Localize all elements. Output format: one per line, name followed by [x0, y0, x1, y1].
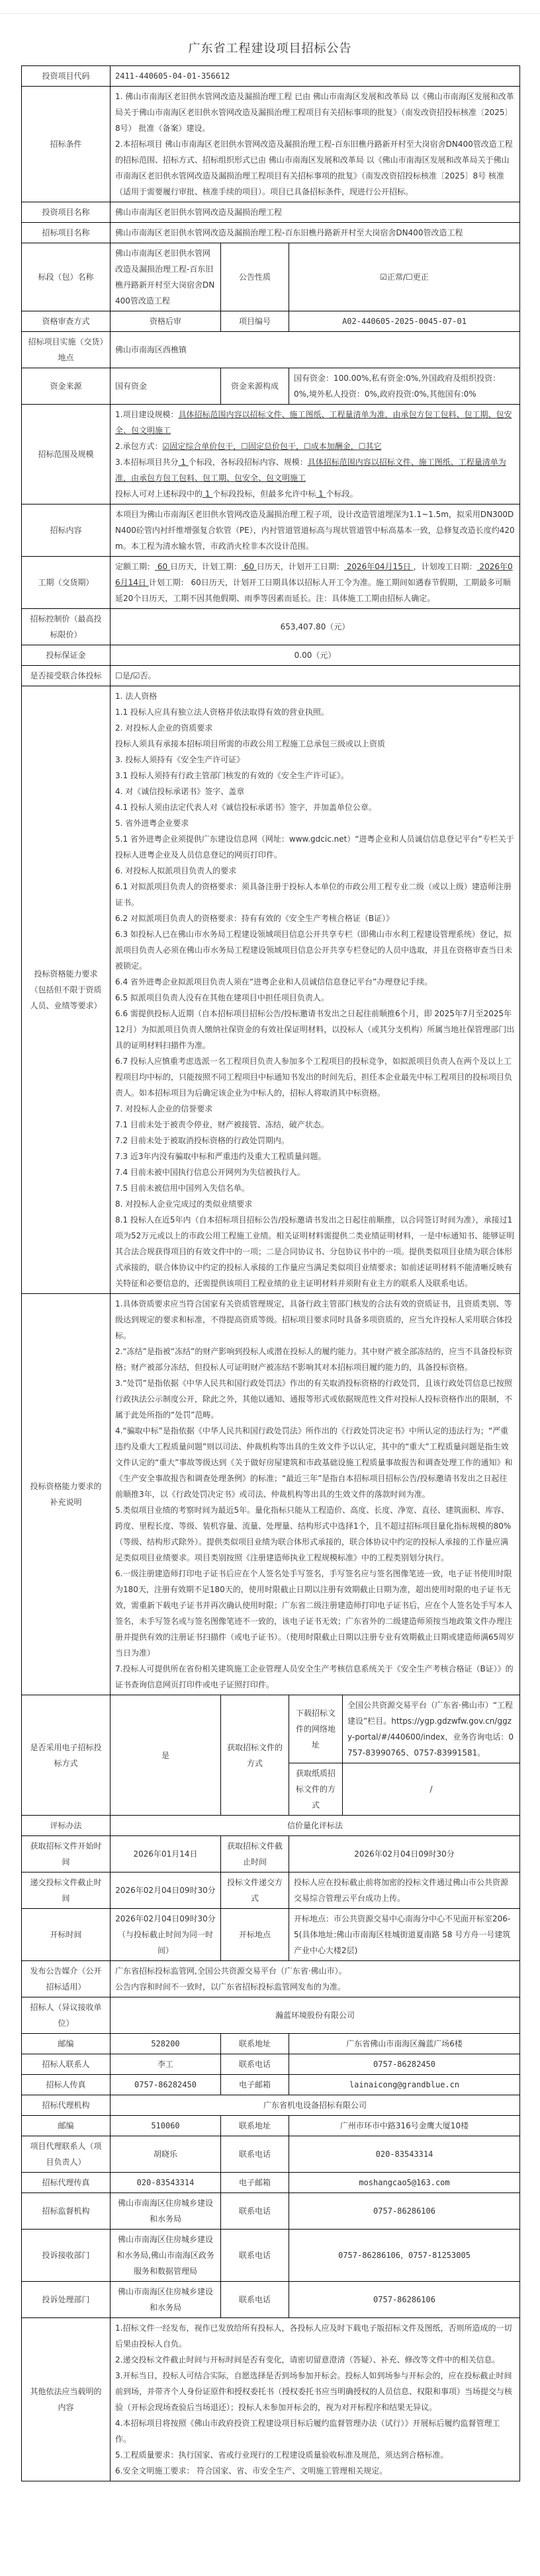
label-consortium: 是否接受联合体投标	[22, 666, 111, 686]
supp-line: 7.投标人可提供所在省份相关建筑施工企业管理人员安全生产考核信息系统关于《安全生…	[115, 1661, 515, 1693]
label-complaint-handle: 投诉处理部门	[22, 2282, 111, 2318]
row-scope: 招标范围及规模 1.项目建设规模：具体招标范围内容以招标文件、施工图纸、工程量清…	[22, 405, 520, 504]
row-location: 招标项目实施（交货）地点 佛山市南海区西樵镇	[22, 332, 520, 368]
label-agency-address: 联系地址	[221, 2116, 289, 2136]
req-line: 7.4 目前未被中国执行信息公开网列为失信被执行人。	[115, 1164, 515, 1180]
row-tenderer-person: 招标人联系人 李工 联系电话 0757-86282450	[22, 2054, 520, 2075]
row-complaint-handle: 投诉处理部门 佛山市南海区住房城乡建设和水务局 联系电话 0757-862861…	[22, 2282, 520, 2318]
value-electronic: 是	[111, 1695, 221, 1816]
label-supervision: 招标监督机构	[22, 2193, 111, 2230]
label-supervision-phone: 联系电话	[221, 2193, 289, 2230]
supp-line: 4.“骗取中标”是指依据《中华人民共和国行政处罚法》所作出的《行政处罚决定书》中…	[115, 1423, 515, 1502]
conditions-p1: 1. 佛山市南海区老旧供水管网改造及漏损治理工程 已由 佛山市南海区发展和改革局…	[115, 89, 515, 136]
label-submit-method: 投标文件递交方式	[221, 1872, 289, 1909]
page-title: 广东省工程建设项目招标公告	[0, 39, 540, 59]
row-invest-name: 投资项目名称 佛山市南海区老旧供水管网改造及漏损治理工程	[22, 202, 520, 223]
supp-line: 3.“处罚”是指依据《中华人民共和国行政处罚法》作出的有关取消投标资格的行政处罚…	[115, 1375, 515, 1423]
row-other: 其他依法应当载明的内容 1.招标文件一经发布，视作已发放给所有投标人，各投标人应…	[22, 2318, 520, 2481]
label-tenderer-phone: 联系电话	[221, 2054, 289, 2075]
value-funds-composition: 国有资金：100.00%,私有资金:0%,外国政府及组织投资：0%,境外私人投资…	[289, 368, 520, 405]
value-supervision: 佛山市南海区住房城乡建设和水务局	[111, 2193, 221, 2230]
label-supplement: 投标资格能力要求的补充说明	[22, 1294, 111, 1695]
req-line: 6.5 拟派项目负责人没有在其他在建项目中担任项目负责人。	[115, 990, 515, 1006]
other-line: 5.工程质量要求：执行国家、省或行业现行的工程建设质量验收标准及规范，须达到合格…	[115, 2447, 515, 2463]
value-opening-time: 2026年02月04日09时30分（与投标截止时间为同一时间）	[111, 1909, 221, 1961]
label-tenderer: 招标人（异议接收单位）	[22, 1997, 111, 2034]
req-line: 6.7 投标人应慎重考虑选派一名工程项目负责人参加多个工程项目的投标竞争，如拟派…	[115, 1053, 515, 1101]
row-tender-name: 招标项目名称 佛山市南海区老旧供水管网改造及漏损治理工程-百东旧樵丹路新开村至大…	[22, 223, 520, 243]
label-media: 发布公告媒介（公开招标适用）	[22, 1961, 111, 1997]
label-control-price: 招标控制价（最高投标限价）	[22, 609, 111, 645]
req-line: 7.2 目前未处于被取消投标资格的行政处罚期内。	[115, 1133, 515, 1148]
row-submit: 递交投标文件截止时间 2026年02月04日09时30分 投标文件递交方式 投标…	[22, 1872, 520, 1909]
value-opening-place: 开标地点：市公共资源交易中心南海分中心不见面开标室206-5(具体地址:佛山市南…	[289, 1909, 520, 1961]
row-tenderer: 招标人（异议接收单位） 瀚蓝环境股份有限公司	[22, 1997, 520, 2034]
label-agency-fax: 招标代理传真	[22, 2173, 111, 2193]
row-obtain-time: 获取招标文件开始时间 2026年01月14日 获取招标文件截止时间 2026年0…	[22, 1836, 520, 1872]
label-invest-code: 投资项目代码	[22, 66, 111, 87]
media-line-2: 公告内容和时间不一致时，以广东省招标投标监管网发布的为准。	[115, 1979, 515, 1995]
req-line: 3. 投标人须持有《安全生产许可证》	[115, 752, 515, 768]
req-line: 6.2 对拟派项目负责人的资格要求：持有有效的《安全生产考核合格证（B证）》	[115, 910, 515, 926]
scope-line-3: 3.本招标项目共分 1 个标段，各标段招标内容、规模：具体招标范围内容以招标文件…	[115, 454, 515, 486]
value-scope: 1.项目建设规模：具体招标范围内容以招标文件、施工图纸、工程量清单为准，由承包方…	[111, 405, 520, 504]
value-content: 本项目为佛山市南海区老旧供水管网改造及漏损治理工程子项，设计改造管道埋深为1.1…	[111, 504, 520, 557]
value-agency-person: 胡晓乐	[111, 2136, 221, 2173]
value-invest-name: 佛山市南海区老旧供水管网改造及漏损治理工程	[111, 202, 520, 223]
supp-line: 6.一级注册建造师打印电子证书后应在个人签名处手写签名，手写签名应与签名图像笔迹…	[115, 1566, 515, 1661]
req-line: 4.1 投标人须由法定代表人对《诚信投标承诺书》签字，并加盖单位公章。	[115, 799, 515, 815]
label-location: 招标项目实施（交货）地点	[22, 332, 111, 368]
value-tender-name: 佛山市南海区老旧供水管网改造及漏损治理工程-百东旧樵丹路新开村至大岗宿舍DN40…	[111, 223, 520, 243]
label-tender-name: 招标项目名称	[22, 223, 111, 243]
row-supervision: 招标监督机构 佛山市南海区住房城乡建设和水务局 联系电话 0757-862861…	[22, 2193, 520, 2230]
other-line: 1.招标文件一经发布，视作已发放给所有投标人，各投标人应及时下载电子版招标文件及…	[115, 2320, 515, 2352]
value-section: 佛山市南海区老旧供水管网改造及漏损治理工程-百东旧樵丹路新开村至大岗宿舍DN40…	[111, 243, 221, 311]
req-line: 1.1 投标人应具有独立法人资格并依法取得有效的营业执照。	[115, 704, 515, 720]
req-line: 投标人须具有承接本招标项目所需的市政公用工程施工总承包三级或以上资质	[115, 736, 515, 752]
row-period: 工期（交货期） 定额工期： 60 日历天，计划工期： 60 日历天，计划开工日期…	[22, 557, 520, 609]
value-tenderer-zip: 528200	[111, 2034, 221, 2054]
value-bond: 0.00（元）	[111, 645, 520, 666]
value-paper-method: /	[343, 1763, 520, 1816]
value-online-address: 全国公共资源交易平台（广东省·佛山市）“工程建设”栏目。https://ygp.…	[343, 1695, 520, 1763]
notice-table: 投资项目代码 2411-440605-04-01-356612 招标条件 1. …	[21, 65, 520, 2481]
value-other: 1.招标文件一经发布，视作已发放给所有投标人，各投标人应及时下载电子版招标文件及…	[111, 2318, 520, 2481]
req-line: 8. 对投标人企业完成过的类似业绩要求	[115, 1196, 515, 1212]
req-line: 6.6 需提供投标人近期（自本招标项目招标公告/投标邀请书发出之日起往前顺推6个…	[115, 1006, 515, 1053]
row-consortium: 是否接受联合体投标 ☐是/☑否。	[22, 666, 520, 686]
row-invest-code: 投资项目代码 2411-440605-04-01-356612	[22, 66, 520, 87]
row-control-price: 招标控制价（最高投标限价） 653,407.80（元）	[22, 609, 520, 645]
label-complaint-receive-phone: 联系电话	[221, 2230, 289, 2282]
value-submit-method: 投标人应在投标截止前将加密的投标文件通过佛山市公共资源交易综合管理云平台成功上传…	[289, 1872, 520, 1909]
value-qualification: 资格后审	[111, 311, 221, 332]
label-submit-deadline: 递交投标文件截止时间	[22, 1872, 111, 1909]
req-line: 2. 对投标人企业的资质要求	[115, 720, 515, 736]
label-paper-method: 获取纸质招标文件的方式	[289, 1763, 343, 1816]
req-line: 6.1 对拟派项目负责人的资格要求：须具备注册于投标人本单位的市政公用工程专业二…	[115, 879, 515, 910]
req-line: 6. 对投标人拟派项目负责人的要求	[115, 863, 515, 879]
label-agency: 招标代理机构	[22, 2095, 111, 2116]
label-funds-composition: 资金来源构成	[221, 368, 289, 405]
req-line: 3.1 投标人须持有行政主管部门核发的有效的《安全生产许可证》。	[115, 768, 515, 784]
value-period: 定额工期： 60 日历天，计划工期： 60 日历天，计划开工日期： 2026年0…	[111, 557, 520, 609]
other-line: 6.安全文明施工要求： 符合国家、省、市安全生产、文明施工管理相关规定。	[115, 2463, 515, 2479]
label-online-address: 下载招标文件的网络地址	[289, 1695, 343, 1763]
value-tenderer-email[interactable]: lainaicong@grandblue.cn	[289, 2075, 520, 2095]
supp-line: 1.具体资质要求应当符合国家有关资质管理规定，具备行政主管部门核发的合法有效的资…	[115, 1296, 515, 1344]
supp-line: 2.“冻结”是指被“冻结”的财产影响到投标人或潜在投标人的履约能力。其中财产被全…	[115, 1344, 515, 1375]
value-evaluation: 信价量化评标法	[111, 1816, 520, 1836]
label-complaint-receive: 投诉接收部门	[22, 2230, 111, 2282]
label-other: 其他依法应当载明的内容	[22, 2318, 111, 2481]
value-agency: 广东省机电设备招标有限公司	[111, 2095, 520, 2116]
value-submit-deadline: 2026年02月04日09时30分	[111, 1872, 221, 1909]
value-complaint-handle: 佛山市南海区住房城乡建设和水务局	[111, 2282, 221, 2318]
row-tenderer-fax: 招标人传真 0757-86282450 电子邮箱 lainaicong@gran…	[22, 2075, 520, 2095]
row-opening: 开标时间 2026年02月04日09时30分（与投标截止时间为同一时间） 开标地…	[22, 1909, 520, 1961]
value-notice-nature: ☑正常/☐更正	[289, 243, 520, 311]
label-period: 工期（交货期）	[22, 557, 111, 609]
label-opening-place: 开标地点	[221, 1909, 289, 1961]
req-line: 6.3 如投标人已在佛山市水务局工程建设领域项目信息公开共享专栏（即佛山市水利工…	[115, 926, 515, 974]
value-agency-fax: 020-83543314	[111, 2173, 221, 2193]
req-line: 7. 对投标人企业的信誉要求	[115, 1101, 515, 1117]
row-agency-zip: 邮编 510060 联系地址 广州市环市中路316号金鹰大厦10楼	[22, 2116, 520, 2136]
req-line: 8.1 投标人在近5年内（自本招标项目招标公告/投标邀请书发出之日起往前顺推，以…	[115, 1212, 515, 1291]
label-tenderer-person: 招标人联系人	[22, 2054, 111, 2075]
value-complaint-receive: 佛山市南海区住房城乡建设和水务局,佛山市南海区政务服务和数据管理局	[111, 2230, 221, 2282]
value-obtain-end: 2026年02月04日09时30分	[289, 1836, 520, 1872]
label-qualification: 资格审查方式	[22, 311, 111, 332]
label-requirements: 投标资格能力要求（包括但不限于资质人员、业绩等要求）	[22, 686, 111, 1294]
other-line: 2.递交投标文件截止时间与开标时间是否有变化，请密切留意澄清（答疑）、补充、修改…	[115, 2352, 515, 2368]
req-line: 7.3 近3年内没有骗取中标和严重违约及重大工程质量问题。	[115, 1148, 515, 1164]
row-qualification: 资格审查方式 资格后审 项目编号 A02-440605-2025-0045-07…	[22, 311, 520, 332]
req-line: 7.5 目前未被信用中国列入失信名单。	[115, 1180, 515, 1196]
label-invest-name: 投资项目名称	[22, 202, 111, 223]
row-media: 发布公告媒介（公开招标适用） 广东省招标投标监管网,全国公共资源交易平台（广东省…	[22, 1961, 520, 1997]
value-tenderer: 瀚蓝环境股份有限公司	[111, 1997, 520, 2034]
row-supplement: 投标资格能力要求的补充说明 1.具体资质要求应当符合国家有关资质管理规定，具备行…	[22, 1294, 520, 1695]
value-location: 佛山市南海区西樵镇	[111, 332, 520, 368]
label-agency-phone: 联系电话	[221, 2136, 289, 2173]
value-media: 广东省招标投标监管网,全国公共资源交易平台（广东省·佛山市）。 公告内容和时间不…	[111, 1961, 520, 1997]
label-agency-zip: 邮编	[22, 2116, 111, 2136]
label-project-code: 项目编号	[221, 311, 289, 332]
req-line: 6.4 省外进粤企业拟派项目负责人须在“进粤企业和人员诚信信息登记平台”办理登记…	[115, 974, 515, 990]
label-obtain-end: 获取招标文件截止时间	[221, 1836, 289, 1872]
row-electronic-online: 是否采用电子招标投标方式 是 获取招标文件的方式 下载招标文件的网络地址 全国公…	[22, 1695, 520, 1763]
req-line: 1. 法人资格	[115, 688, 515, 704]
label-obtain-method: 获取招标文件的方式	[221, 1695, 289, 1816]
label-agency-email: 电子邮箱	[221, 2173, 289, 2193]
value-complaint-handle-phone: 0757-86286106	[289, 2282, 520, 2318]
value-agency-zip: 510060	[111, 2116, 221, 2136]
other-line: 3.开标当日，投标人可结合实际，自愿选择是否到场参加开标会。投标人如到场参与开标…	[115, 2368, 515, 2415]
row-requirements: 投标资格能力要求（包括但不限于资质人员、业绩等要求） 1. 法人资格 1.1 投…	[22, 686, 520, 1294]
row-section: 标段（包）名称 佛山市南海区老旧供水管网改造及漏损治理工程-百东旧樵丹路新开村至…	[22, 243, 520, 311]
value-agency-address: 广州市环市中路316号金鹰大厦10楼	[289, 2116, 520, 2136]
label-tenderer-address: 联系地址	[221, 2034, 289, 2054]
row-complaint-receive: 投诉接收部门 佛山市南海区住房城乡建设和水务局,佛山市南海区政务服务和数据管理局…	[22, 2230, 520, 2282]
label-electronic: 是否采用电子招标投标方式	[22, 1695, 111, 1816]
supp-line: 5.类似项目业绩的考察时间为最近5年。量化指标只能从工程造价、高度、长度、净宽、…	[115, 1502, 515, 1566]
label-section: 标段（包）名称	[22, 243, 111, 311]
value-consortium: ☐是/☑否。	[111, 666, 520, 686]
label-complaint-handle-phone: 联系电话	[221, 2282, 289, 2318]
label-bond: 投标保证金	[22, 645, 111, 666]
value-agency-email[interactable]: moshangcao5@163.com	[289, 2173, 520, 2193]
value-tenderer-address: 广东省佛山市南海区瀚蓝广场6楼	[289, 2034, 520, 2054]
label-evaluation: 评标办法	[22, 1816, 111, 1836]
value-control-price: 653,407.80（元）	[111, 609, 520, 645]
value-agency-phone: 020-83543314	[289, 2136, 520, 2173]
row-agency-person: 项目代理联系人（项目负责人） 胡晓乐 联系电话 020-83543314	[22, 2136, 520, 2173]
scope-line-4: 投标人可对上述标段中的 1 个标段投标，但最多允许中标 1 个标段。	[115, 486, 515, 502]
value-supervision-phone: 0757-86286106	[289, 2193, 520, 2230]
label-opening-time: 开标时间	[22, 1909, 111, 1961]
label-notice-nature: 公告性质	[221, 243, 289, 311]
row-funds: 资金来源 国有资金 资金来源构成 国有资金：100.00%,私有资金:0%,外国…	[22, 368, 520, 405]
row-content: 招标内容 本项目为佛山市南海区老旧供水管网改造及漏损治理工程子项，设计改造管道埋…	[22, 504, 520, 557]
value-requirements: 1. 法人资格 1.1 投标人应具有独立法人资格并依法取得有效的营业执照。 2.…	[111, 686, 520, 1294]
label-obtain-start: 获取招标文件开始时间	[22, 1836, 111, 1872]
label-scope: 招标范围及规模	[22, 405, 111, 504]
value-invest-code: 2411-440605-04-01-356612	[111, 66, 520, 87]
value-project-code: A02-440605-2025-0045-07-01	[289, 311, 520, 332]
row-bond: 投标保证金 0.00（元）	[22, 645, 520, 666]
row-agency-fax: 招标代理传真 020-83543314 电子邮箱 moshangcao5@163…	[22, 2173, 520, 2193]
label-funds: 资金来源	[22, 368, 111, 405]
value-complaint-receive-phone: 0757-86286106，0757-81253005	[289, 2230, 520, 2282]
value-funds: 国有资金	[111, 368, 221, 405]
value-tenderer-person: 李工	[111, 2054, 221, 2075]
value-tenderer-fax: 0757-86282450	[111, 2075, 221, 2095]
label-content: 招标内容	[22, 504, 111, 557]
row-tenderer-zip: 邮编 528200 联系地址 广东省佛山市南海区瀚蓝广场6楼	[22, 2034, 520, 2054]
req-line: 5.1 省外进粤企业须提供广东建设信息网（网址：www.gdcic.net）“进…	[115, 831, 515, 863]
req-line: 5. 省外进粤企业要求	[115, 815, 515, 831]
row-conditions: 招标条件 1. 佛山市南海区老旧供水管网改造及漏损治理工程 已由 佛山市南海区发…	[22, 87, 520, 202]
req-line: 4. 对《诚信投标承诺书》签字、盖章	[115, 784, 515, 799]
label-tenderer-fax: 招标人传真	[22, 2075, 111, 2095]
row-agency: 招标代理机构 广东省机电设备招标有限公司	[22, 2095, 520, 2116]
scope-line-1: 1.项目建设规模：具体招标范围内容以招标文件、施工图纸、工程量清单为准，由承包方…	[115, 407, 515, 438]
other-line: 4.本招标项目将按照《佛山市政府投资工程建设项目标后履约监督管理办法（试行）》开…	[115, 2415, 515, 2447]
value-tenderer-phone: 0757-86282450	[289, 2054, 520, 2075]
value-conditions: 1. 佛山市南海区老旧供水管网改造及漏损治理工程 已由 佛山市南海区发展和改革局…	[111, 87, 520, 202]
label-agency-person: 项目代理联系人（项目负责人）	[22, 2136, 111, 2173]
value-supplement: 1.具体资质要求应当符合国家有关资质管理规定，具备行政主管部门核发的合法有效的资…	[111, 1294, 520, 1695]
label-tenderer-zip: 邮编	[22, 2034, 111, 2054]
media-line-1: 广东省招标投标监管网,全国公共资源交易平台（广东省·佛山市）。	[115, 1963, 515, 1979]
bottom-space	[0, 2481, 540, 2521]
scope-line-2: 2.承包方式：☑固定综合单价包干，☐固定总价包干，☐成本加酬金，☐其它	[115, 438, 515, 454]
top-bar	[0, 0, 540, 14]
conditions-p2: 2.本招标项目 佛山市南海区老旧供水管网改造及漏损治理工程-百东旧樵丹路新开村至…	[115, 136, 515, 200]
row-evaluation: 评标办法 信价量化评标法	[22, 1816, 520, 1836]
value-obtain-start: 2026年01月14日	[111, 1836, 221, 1872]
req-line: 7.1 目前未处于被责令停业，财产被接管、冻结，破产状态。	[115, 1117, 515, 1133]
label-conditions: 招标条件	[22, 87, 111, 202]
label-tenderer-email: 电子邮箱	[221, 2075, 289, 2095]
